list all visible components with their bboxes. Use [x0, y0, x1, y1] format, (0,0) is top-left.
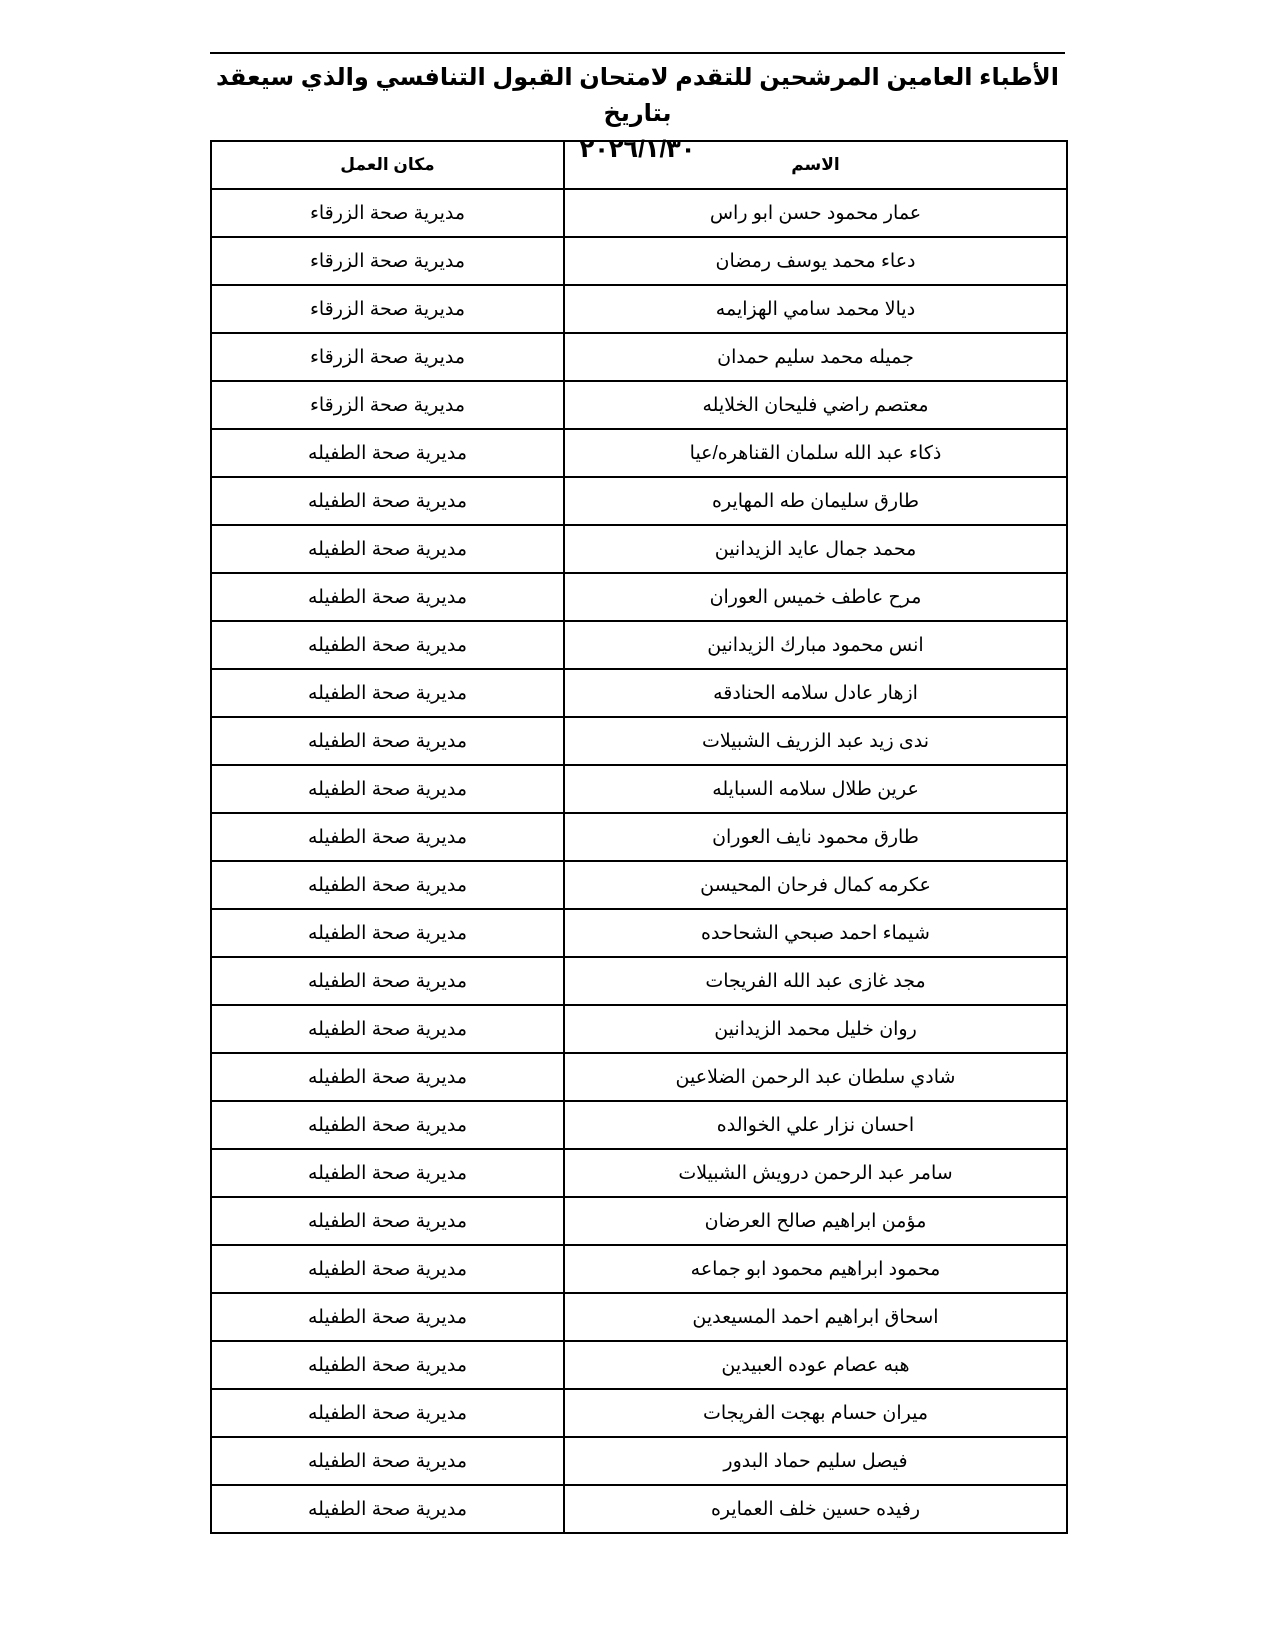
cell-workplace: مديرية صحة الطفيله — [211, 1101, 564, 1149]
cell-name: مؤمن ابراهيم صالح العرضان — [564, 1197, 1067, 1245]
cell-name: شيماء احمد صبحي الشحاحده — [564, 909, 1067, 957]
cell-name: فيصل سليم حماد البدور — [564, 1437, 1067, 1485]
cell-name: سامر عبد الرحمن درويش الشبيلات — [564, 1149, 1067, 1197]
table-row: ندى زيد عبد الزريف الشبيلاتمديرية صحة ال… — [211, 717, 1067, 765]
cell-workplace: مديرية صحة الطفيله — [211, 1485, 564, 1533]
cell-name: مجد غازى عبد الله الفريجات — [564, 957, 1067, 1005]
table-row: شيماء احمد صبحي الشحاحدهمديرية صحة الطفي… — [211, 909, 1067, 957]
table-row: شادي سلطان عبد الرحمن الضلاعينمديرية صحة… — [211, 1053, 1067, 1101]
cell-workplace: مديرية صحة الطفيله — [211, 429, 564, 477]
cell-name: ديالا محمد سامي الهزايمه — [564, 285, 1067, 333]
cell-workplace: مديرية صحة الطفيله — [211, 861, 564, 909]
table-row: روان خليل محمد الزيدانينمديرية صحة الطفي… — [211, 1005, 1067, 1053]
table-body: عمار محمود حسن ابو راسمديرية صحة الزرقاء… — [211, 189, 1067, 1533]
cell-workplace: مديرية صحة الطفيله — [211, 621, 564, 669]
table-row: مؤمن ابراهيم صالح العرضانمديرية صحة الطف… — [211, 1197, 1067, 1245]
cell-workplace: مديرية صحة الطفيله — [211, 1197, 564, 1245]
table-row: مجد غازى عبد الله الفريجاتمديرية صحة الط… — [211, 957, 1067, 1005]
table-row: طارق سليمان طه المهايرهمديرية صحة الطفيل… — [211, 477, 1067, 525]
table-header-row: الاسم مكان العمل — [211, 141, 1067, 189]
table-row: ذكاء عبد الله سلمان القناهره/عيامديرية ص… — [211, 429, 1067, 477]
table-row: عرين طلال سلامه السبايلهمديرية صحة الطفي… — [211, 765, 1067, 813]
cell-name: عمار محمود حسن ابو راس — [564, 189, 1067, 237]
cell-name: احسان نزار علي الخوالده — [564, 1101, 1067, 1149]
table-row: سامر عبد الرحمن درويش الشبيلاتمديرية صحة… — [211, 1149, 1067, 1197]
table-row: ديالا محمد سامي الهزايمهمديرية صحة الزرق… — [211, 285, 1067, 333]
cell-workplace: مديرية صحة الزرقاء — [211, 285, 564, 333]
table-row: ميران حسام بهجت الفريجاتمديرية صحة الطفي… — [211, 1389, 1067, 1437]
cell-name: ازهار عادل سلامه الحنادقه — [564, 669, 1067, 717]
title-line-1: الأطباء العامين المرشحين للتقدم لامتحان … — [216, 64, 1059, 127]
cell-workplace: مديرية صحة الطفيله — [211, 957, 564, 1005]
cell-workplace: مديرية صحة الطفيله — [211, 909, 564, 957]
table-row: رفيده حسين خلف العمايرهمديرية صحة الطفيل… — [211, 1485, 1067, 1533]
table-row: طارق محمود نايف العورانمديرية صحة الطفيل… — [211, 813, 1067, 861]
table-row: معتصم راضي فليحان الخلايلهمديرية صحة الز… — [211, 381, 1067, 429]
table-row: هبه عصام عوده العبيدينمديرية صحة الطفيله — [211, 1341, 1067, 1389]
cell-workplace: مديرية صحة الزرقاء — [211, 381, 564, 429]
cell-name: ميران حسام بهجت الفريجات — [564, 1389, 1067, 1437]
table-row: عكرمه كمال فرحان المحيسنمديرية صحة الطفي… — [211, 861, 1067, 909]
cell-workplace: مديرية صحة الطفيله — [211, 717, 564, 765]
cell-name: عرين طلال سلامه السبايله — [564, 765, 1067, 813]
header-name: الاسم — [564, 141, 1067, 189]
cell-name: طارق محمود نايف العوران — [564, 813, 1067, 861]
cell-name: معتصم راضي فليحان الخلايله — [564, 381, 1067, 429]
candidates-table: الاسم مكان العمل عمار محمود حسن ابو راسم… — [210, 140, 1068, 1534]
header-workplace: مكان العمل — [211, 141, 564, 189]
cell-name: اسحاق ابراهيم احمد المسيعدين — [564, 1293, 1067, 1341]
cell-workplace: مديرية صحة الطفيله — [211, 1437, 564, 1485]
cell-name: محمد جمال عايد الزيدانين — [564, 525, 1067, 573]
table-row: مرح عاطف خميس العورانمديرية صحة الطفيله — [211, 573, 1067, 621]
cell-workplace: مديرية صحة الطفيله — [211, 1389, 564, 1437]
table-row: اسحاق ابراهيم احمد المسيعدينمديرية صحة ا… — [211, 1293, 1067, 1341]
cell-name: هبه عصام عوده العبيدين — [564, 1341, 1067, 1389]
cell-workplace: مديرية صحة الطفيله — [211, 1053, 564, 1101]
table-row: محمود ابراهيم محمود ابو جماعهمديرية صحة … — [211, 1245, 1067, 1293]
cell-name: ندى زيد عبد الزريف الشبيلات — [564, 717, 1067, 765]
cell-workplace: مديرية صحة الطفيله — [211, 573, 564, 621]
table-row: دعاء محمد يوسف رمضانمديرية صحة الزرقاء — [211, 237, 1067, 285]
cell-workplace: مديرية صحة الطفيله — [211, 1149, 564, 1197]
cell-name: انس محمود مبارك الزيدانين — [564, 621, 1067, 669]
table-row: فيصل سليم حماد البدورمديرية صحة الطفيله — [211, 1437, 1067, 1485]
cell-workplace: مديرية صحة الطفيله — [211, 1293, 564, 1341]
cell-workplace: مديرية صحة الطفيله — [211, 1245, 564, 1293]
cell-name: مرح عاطف خميس العوران — [564, 573, 1067, 621]
cell-workplace: مديرية صحة الزرقاء — [211, 237, 564, 285]
cell-name: محمود ابراهيم محمود ابو جماعه — [564, 1245, 1067, 1293]
cell-workplace: مديرية صحة الطفيله — [211, 765, 564, 813]
cell-name: شادي سلطان عبد الرحمن الضلاعين — [564, 1053, 1067, 1101]
cell-workplace: مديرية صحة الزرقاء — [211, 189, 564, 237]
table-row: ازهار عادل سلامه الحنادقهمديرية صحة الطف… — [211, 669, 1067, 717]
cell-name: جميله محمد سليم حمدان — [564, 333, 1067, 381]
table-row: محمد جمال عايد الزيدانينمديرية صحة الطفي… — [211, 525, 1067, 573]
cell-workplace: مديرية صحة الزرقاء — [211, 333, 564, 381]
table-row: انس محمود مبارك الزيدانينمديرية صحة الطف… — [211, 621, 1067, 669]
cell-workplace: مديرية صحة الطفيله — [211, 477, 564, 525]
cell-workplace: مديرية صحة الطفيله — [211, 813, 564, 861]
cell-workplace: مديرية صحة الطفيله — [211, 525, 564, 573]
cell-name: روان خليل محمد الزيدانين — [564, 1005, 1067, 1053]
cell-name: عكرمه كمال فرحان المحيسن — [564, 861, 1067, 909]
table-row: احسان نزار علي الخوالدهمديرية صحة الطفيل… — [211, 1101, 1067, 1149]
cell-name: رفيده حسين خلف العمايره — [564, 1485, 1067, 1533]
table-row: جميله محمد سليم حمدانمديرية صحة الزرقاء — [211, 333, 1067, 381]
cell-name: ذكاء عبد الله سلمان القناهره/عيا — [564, 429, 1067, 477]
top-divider-rule — [210, 52, 1065, 54]
cell-name: دعاء محمد يوسف رمضان — [564, 237, 1067, 285]
cell-workplace: مديرية صحة الطفيله — [211, 669, 564, 717]
cell-workplace: مديرية صحة الطفيله — [211, 1341, 564, 1389]
table-row: عمار محمود حسن ابو راسمديرية صحة الزرقاء — [211, 189, 1067, 237]
cell-name: طارق سليمان طه المهايره — [564, 477, 1067, 525]
cell-workplace: مديرية صحة الطفيله — [211, 1005, 564, 1053]
